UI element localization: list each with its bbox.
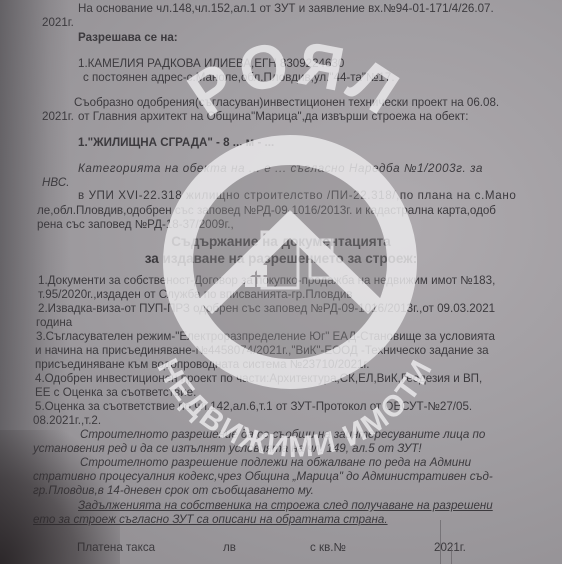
obligation-line-2: ето за строеж съгласно ЗУТ са описани на… (33, 513, 388, 527)
section-heading-2: за издаване на разрешението за строеж: (0, 252, 562, 266)
notice-line-2: установения ред и да се изпълнят условия… (33, 442, 422, 456)
receipt-label: с кв.№ (310, 541, 346, 555)
building-permit-document: На основание чл.148,чл.152,ал.1 от ЗУТ и… (0, 0, 562, 564)
list-item: 4.Одобрен инвестиционен проект по части:… (35, 372, 482, 386)
list-item: т.95/2020г.,издаден от Служба по вписван… (38, 288, 353, 302)
list-item: 08.2021г.,т.2. (33, 414, 101, 428)
basis-line: На основание чл.148,чл.152,ал.1 от ЗУТ и… (78, 2, 494, 16)
approval-line-2: от Главния архитект на Община"Марица",да… (78, 110, 468, 124)
list-item: 1.Документи за собственост-Договор за по… (38, 274, 495, 288)
fee-currency: лв (223, 541, 236, 555)
permit-heading: Разрешава се на: (78, 31, 178, 45)
approval-line-1: Съобразно одобрения(съгласуван)инвестици… (74, 96, 499, 110)
upi-line-1: в УПИ XVI-22.318 жилищно строителство /П… (78, 189, 516, 203)
fee-year: 2021г. (434, 541, 466, 555)
section-heading-1: Съдържание на документацията (0, 235, 562, 249)
category-line-1: Категорията на обекта на ... е ... съгла… (78, 162, 483, 176)
appeal-line-2: стративно процесуалния кодекс,чрез Общин… (33, 470, 493, 484)
category-line-2: НВС. (42, 176, 69, 190)
upi-line-3: рена със заповед №РД-18-37/2009г., (37, 218, 234, 232)
pen-stroke (451, 548, 452, 564)
list-item: ЕЕ с Оценка за съответствие. (35, 386, 196, 400)
object-title: 1."ЖИЛИЩНА СГРАДА" - 8 ... м - ... (78, 136, 274, 150)
basis-year: 2021г. (42, 16, 74, 30)
upi-line-2: ле,обл.Пловдив,одобрен със заповед №РД-0… (37, 204, 496, 218)
list-item: 3.Съгласувателен режим-"Електроразпредел… (36, 330, 495, 344)
list-item: 5.Оценка за съответствие по чл.142,ал.6,… (35, 400, 472, 414)
document-photo: На основание чл.148,чл.152,ал.1 от ЗУТ и… (0, 0, 562, 564)
pen-stroke (440, 520, 441, 564)
approval-year: 2021г. (42, 110, 74, 124)
address-line: с постоянен адрес-с.Маноле,обл.Пловдив,у… (83, 71, 395, 85)
list-item: 2.Извадка-виза-от ПУП-ПРЗ одобрен със за… (38, 302, 495, 316)
appeal-line-3: гр.Пловдив,в 14-дневен срок от съобщаван… (33, 484, 314, 498)
appeal-line-1: Строителното разрешение подлежи на обжал… (80, 456, 471, 470)
notice-line-1: Строителното разрешение да се съобщи на … (80, 428, 485, 442)
applicant-line: 1.КАМЕЛИЯ РАДКОВА ИЛИЕВА,ЕГН 8309224630 (78, 57, 344, 71)
list-item: година (36, 316, 72, 330)
list-item: и начина на присъединяване-№4458074/2021… (35, 344, 489, 358)
list-item: присъединяване към водопроводната систем… (35, 358, 370, 372)
fee-label: Платена такса (77, 541, 155, 555)
obligation-line-1: Задълженията на собственика на строежа с… (78, 499, 493, 513)
